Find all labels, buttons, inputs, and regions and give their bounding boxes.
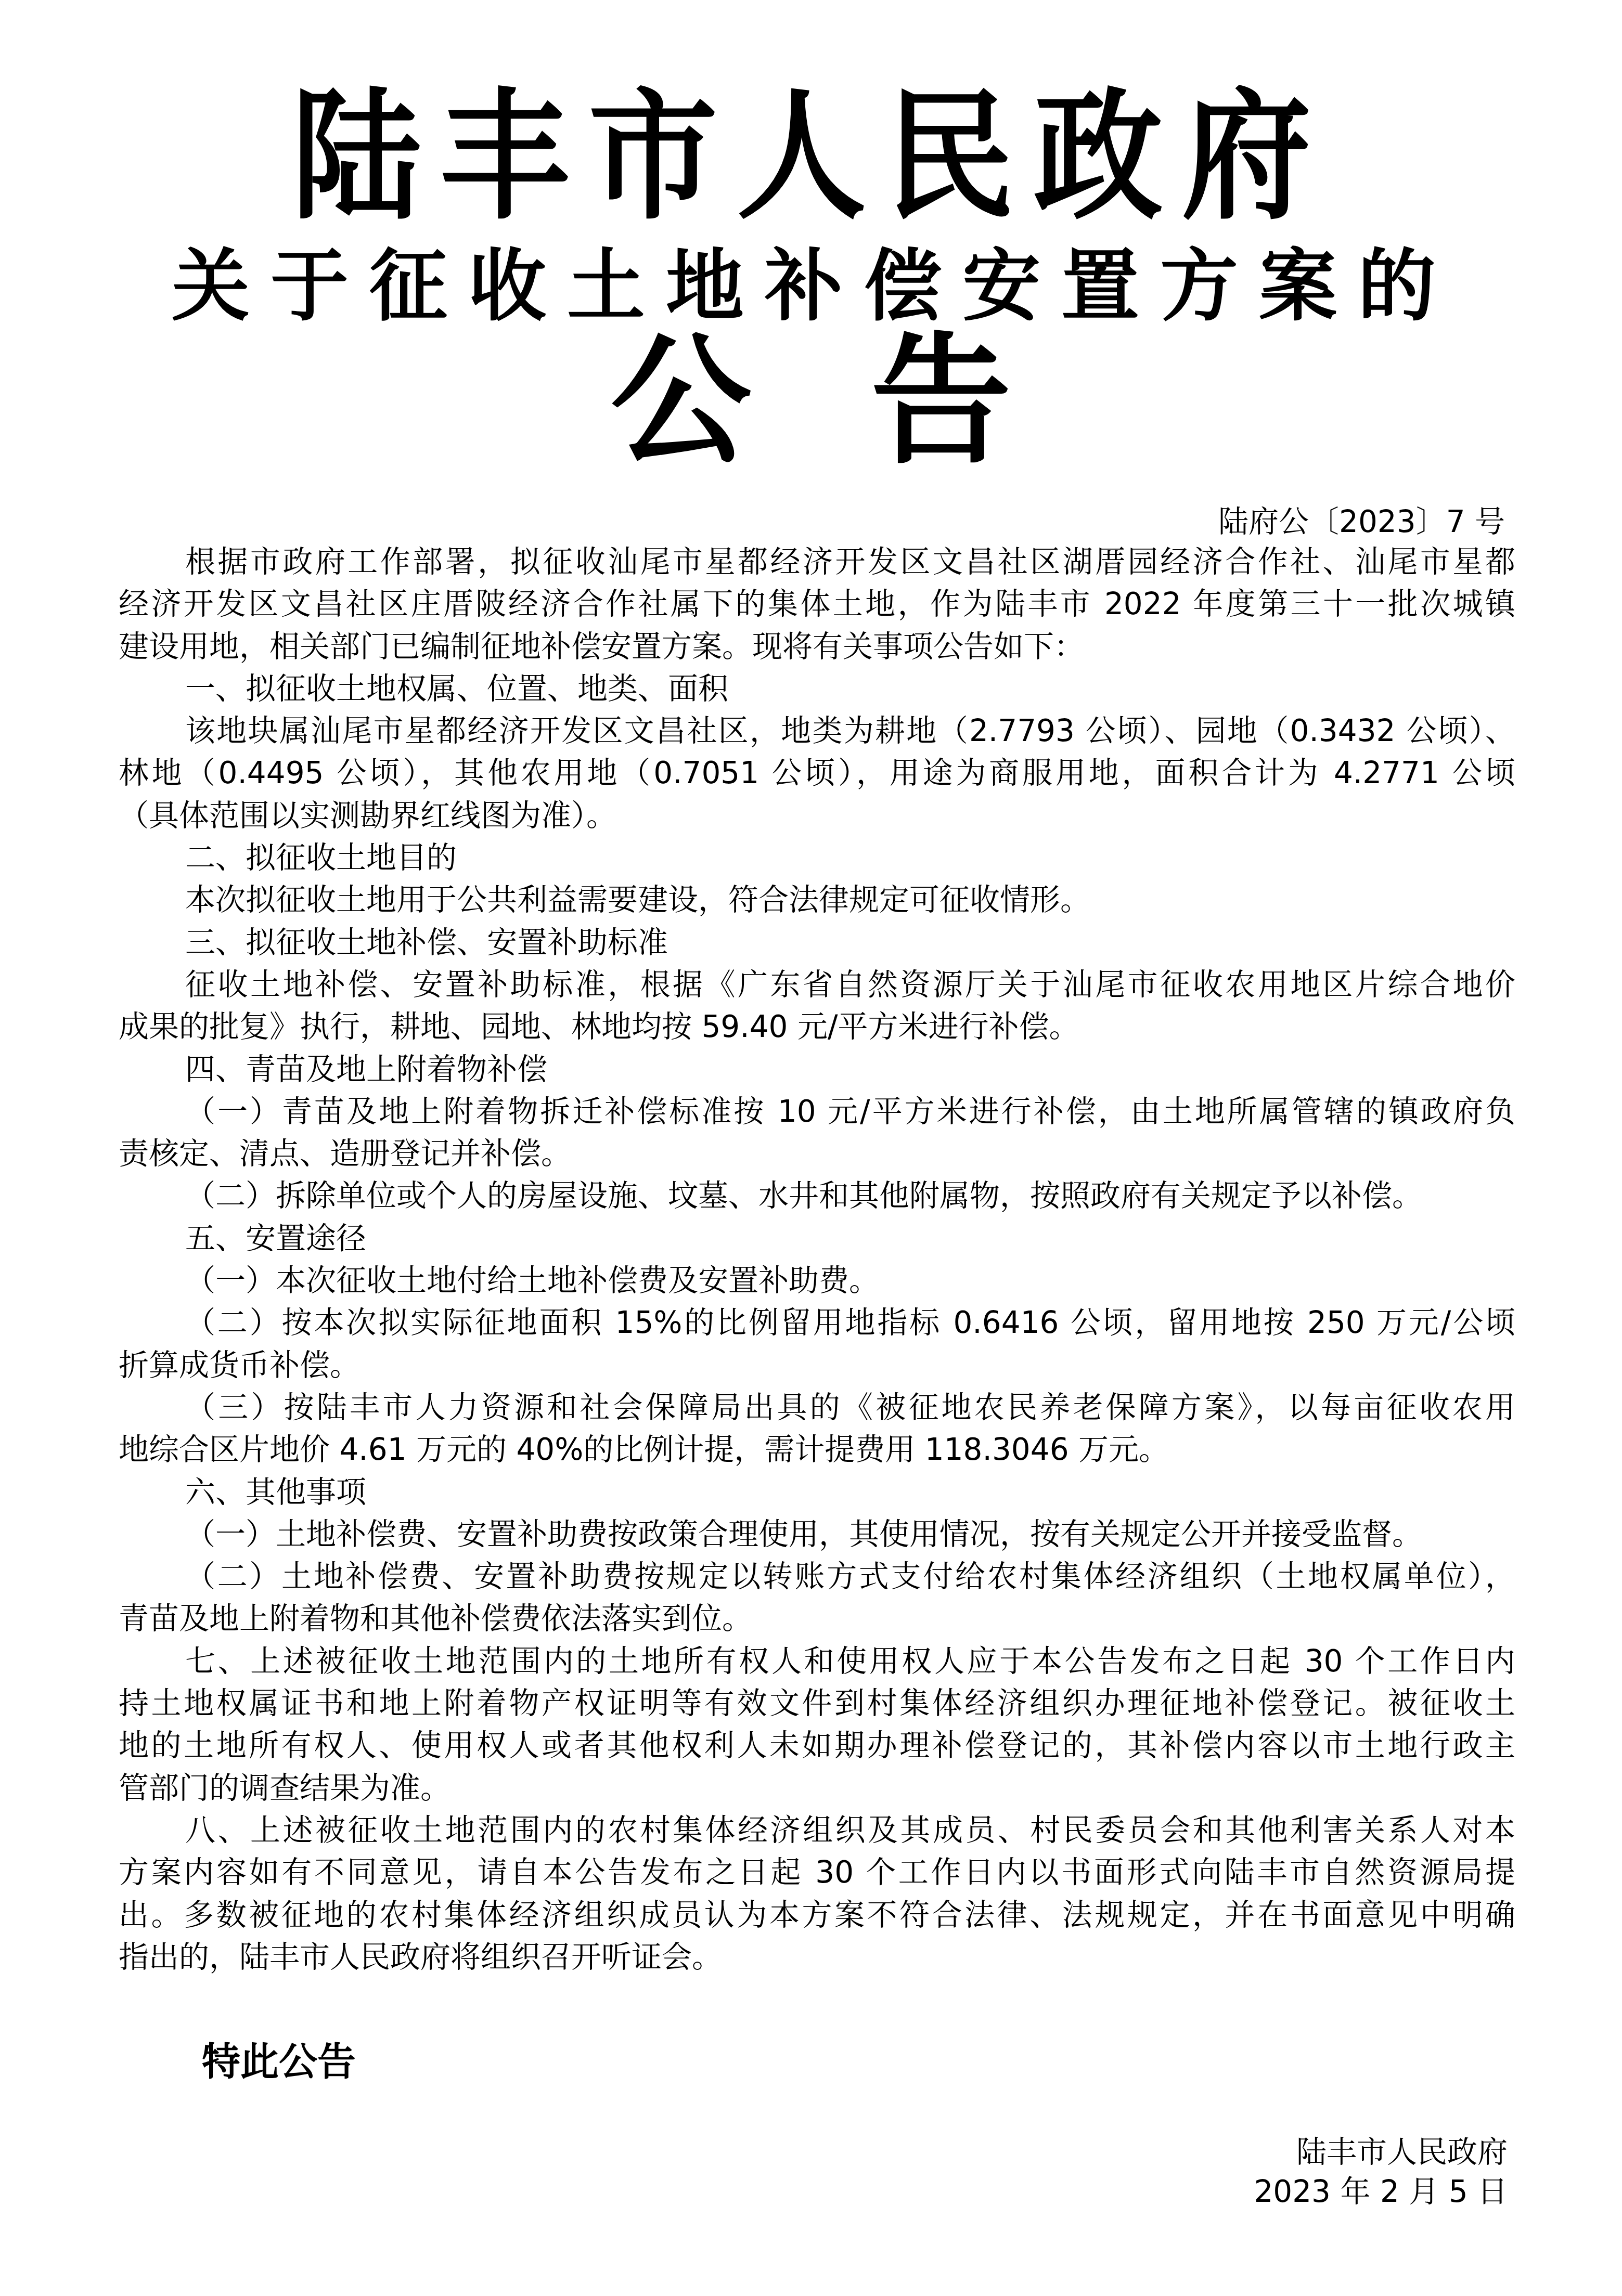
document-number: 陆府公〔2023〕7 号	[1218, 503, 1505, 540]
paragraph-line: 五、安置途径	[119, 1217, 1515, 1260]
paragraph-line: 六、其他事项	[119, 1471, 1515, 1513]
paragraph-line: （二）按本次拟实际征地面积 15%的比例留用地指标 0.6416 公顷，留用地按…	[119, 1302, 1515, 1344]
paragraph-line: 出。多数被征地的农村集体经济组织成员认为本方案不符合法律、法规规定，并在书面意见…	[119, 1894, 1515, 1936]
paragraph-line: 该地块属汕尾市星都经济开发区文昌社区，地类为耕地（2.7793 公顷）、园地（0…	[119, 710, 1515, 752]
doc-type-char-2: 告	[871, 322, 1011, 478]
paragraph-line: 责核定、清点、造册登记并补偿。	[119, 1133, 1515, 1175]
doc-type-title: 公告	[0, 322, 1622, 478]
paragraph-line: 青苗及地上附着物和其他补偿费依法落实到位。	[119, 1598, 1515, 1640]
paragraph-line: 根据市政府工作部署，拟征收汕尾市星都经济开发区文昌社区湖厝园经济合作社、汕尾市星…	[119, 541, 1515, 583]
paragraph-line: （具体范围以实测勘界红线图为准）。	[119, 795, 1515, 837]
paragraph-line: 林地（0.4495 公顷），其他农用地（0.7051 公顷），用途为商服用地，面…	[119, 752, 1515, 794]
paragraph-line: （一）青苗及地上附着物拆迁补偿标准按 10 元/平方米进行补偿，由土地所属管辖的…	[119, 1091, 1515, 1133]
paragraph-line: 征收土地补偿、安置补助标准，根据《广东省自然资源厅关于汕尾市征收农用地区片综合地…	[119, 964, 1515, 1006]
paragraph-line: （三）按陆丰市人力资源和社会保障局出具的《被征地农民养老保障方案》，以每亩征收农…	[119, 1386, 1515, 1429]
paragraph-line: （二）拆除单位或个人的房屋设施、坟墓、水井和其他附属物，按照政府有关规定予以补偿…	[119, 1175, 1515, 1217]
issuer-title: 陆丰市人民政府	[65, 78, 1557, 234]
paragraph-line: 管部门的调查结果为准。	[119, 1767, 1515, 1809]
paragraph-line: 地的土地所有权人、使用权人或者其他权利人未如期办理补偿登记的，其补偿内容以市土地…	[119, 1724, 1515, 1767]
paragraph-line: 指出的，陆丰市人民政府将组织召开听证会。	[119, 1936, 1515, 1978]
paragraph-line: 方案内容如有不同意见，请自本公告发布之日起 30 个工作日内以书面形式向陆丰市自…	[119, 1851, 1515, 1893]
paragraph-line: 一、拟征收土地权属、位置、地类、面积	[119, 668, 1515, 710]
closing-phrase: 特此公告	[202, 2039, 356, 2085]
subject-title: 关于征收土地补偿安置方案的	[172, 237, 1436, 335]
signature-block: 陆丰市人民政府 2023 年 2 月 5 日	[1254, 2132, 1508, 2211]
paragraph-line: 八、上述被征收土地范围内的农村集体经济组织及其成员、村民委员会和其他利害关系人对…	[119, 1809, 1515, 1851]
paragraph-line: （一）土地补偿费、安置补助费按政策合理使用，其使用情况，按有关规定公开并接受监督…	[119, 1513, 1515, 1555]
paragraph-line: 建设用地，相关部门已编制征地补偿安置方案。现将有关事项公告如下：	[119, 626, 1515, 668]
doc-type-char-1: 公	[611, 322, 751, 478]
paragraph-line: 成果的批复》执行，耕地、园地、林地均按 59.40 元/平方米进行补偿。	[119, 1006, 1515, 1048]
paragraph-line: 地综合区片地价 4.61 万元的 40%的比例计提，需计提费用 118.3046…	[119, 1429, 1515, 1471]
paragraph-line: 四、青苗及地上附着物补偿	[119, 1048, 1515, 1091]
signature-issuer: 陆丰市人民政府	[1254, 2132, 1508, 2172]
paragraph-line: （一）本次征收土地付给土地补偿费及安置补助费。	[119, 1260, 1515, 1302]
paragraph-line: 本次拟征收土地用于公共利益需要建设，符合法律规定可征收情形。	[119, 879, 1515, 921]
paragraph-line: （二）土地补偿费、安置补助费按规定以转账方式支付给农村集体经济组织（土地权属单位…	[119, 1555, 1515, 1598]
paragraph-line: 三、拟征收土地补偿、安置补助标准	[119, 922, 1515, 964]
notice-body: 根据市政府工作部署，拟征收汕尾市星都经济开发区文昌社区湖厝园经济合作社、汕尾市星…	[119, 541, 1515, 1978]
paragraph-line: 折算成货币补偿。	[119, 1344, 1515, 1386]
paragraph-line: 二、拟征收土地目的	[119, 837, 1515, 879]
signature-date: 2023 年 2 月 5 日	[1254, 2172, 1508, 2211]
paragraph-line: 经济开发区文昌社区庄厝陂经济合作社属下的集体土地，作为陆丰市 2022 年度第三…	[119, 583, 1515, 625]
paragraph-line: 七、上述被征收土地范围内的土地所有权人和使用权人应于本公告发布之日起 30 个工…	[119, 1640, 1515, 1682]
paragraph-line: 持土地权属证书和地上附着物产权证明等有效文件到村集体经济组织办理征地补偿登记。被…	[119, 1682, 1515, 1724]
